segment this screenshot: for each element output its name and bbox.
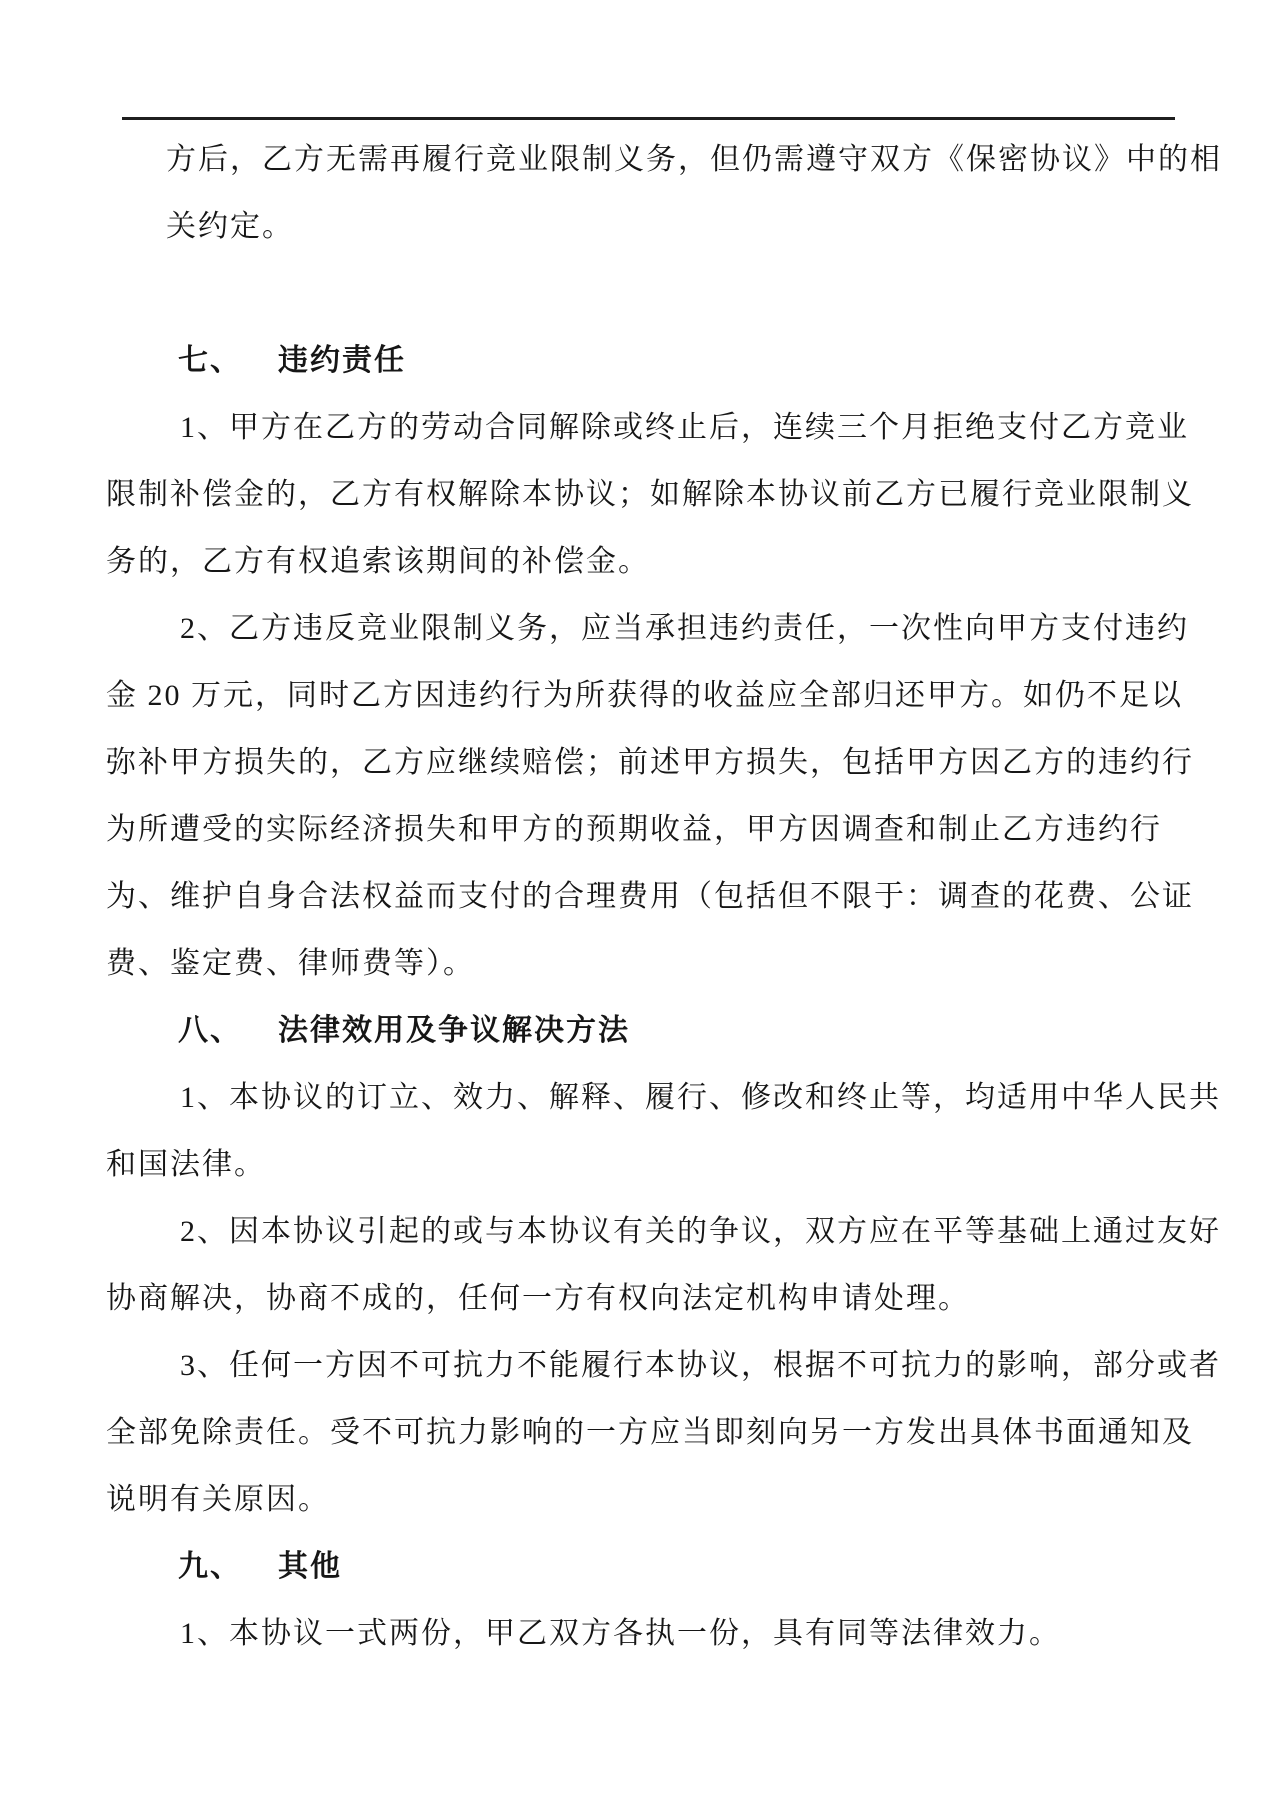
section-title: 违约责任 bbox=[278, 344, 406, 377]
blank-line bbox=[106, 260, 1206, 327]
text-line: 务的，乙方有权追索该期间的补偿金。 bbox=[106, 528, 1206, 595]
section-heading: 八、法律效用及争议解决方法 bbox=[106, 997, 1206, 1064]
text-line: 1、本协议的订立、效力、解释、履行、修改和终止等，均适用中华人民共 bbox=[106, 1064, 1206, 1131]
text-line: 为、维护自身合法权益而支付的合理费用（包括但不限于：调查的花费、公证 bbox=[106, 863, 1206, 930]
section-number: 七、 bbox=[178, 344, 242, 377]
text-line: 1、本协议一式两份，甲乙双方各执一份，具有同等法律效力。 bbox=[106, 1600, 1206, 1667]
section-number: 八、 bbox=[178, 1014, 242, 1047]
document-body: 方后，乙方无需再履行竞业限制义务，但仍需遵守双方《保密协议》中的相关约定。七、违… bbox=[106, 126, 1206, 1667]
text-line: 费、鉴定费、律师费等）。 bbox=[106, 930, 1206, 997]
text-line: 说明有关原因。 bbox=[106, 1466, 1206, 1533]
text-line: 方后，乙方无需再履行竞业限制义务，但仍需遵守双方《保密协议》中的相 bbox=[106, 126, 1206, 193]
section-title: 其他 bbox=[278, 1550, 342, 1583]
text-line: 协商解决，协商不成的，任何一方有权向法定机构申请处理。 bbox=[106, 1265, 1206, 1332]
header-rule bbox=[122, 117, 1175, 120]
text-line: 2、因本协议引起的或与本协议有关的争议，双方应在平等基础上通过友好 bbox=[106, 1198, 1206, 1265]
section-heading: 九、其他 bbox=[106, 1533, 1206, 1600]
text-line: 为所遭受的实际经济损失和甲方的预期收益，甲方因调查和制止乙方违约行 bbox=[106, 796, 1206, 863]
text-line: 1、甲方在乙方的劳动合同解除或终止后，连续三个月拒绝支付乙方竞业 bbox=[106, 394, 1206, 461]
text-line: 弥补甲方损失的，乙方应继续赔偿；前述甲方损失，包括甲方因乙方的违约行 bbox=[106, 729, 1206, 796]
section-number: 九、 bbox=[178, 1550, 242, 1583]
text-line: 限制补偿金的，乙方有权解除本协议；如解除本协议前乙方已履行竞业限制义 bbox=[106, 461, 1206, 528]
text-line: 全部免除责任。受不可抗力影响的一方应当即刻向另一方发出具体书面通知及 bbox=[106, 1399, 1206, 1466]
text-line: 3、任何一方因不可抗力不能履行本协议，根据不可抗力的影响，部分或者 bbox=[106, 1332, 1206, 1399]
section-title: 法律效用及争议解决方法 bbox=[278, 1014, 630, 1047]
text-line: 2、乙方违反竞业限制义务，应当承担违约责任，一次性向甲方支付违约 bbox=[106, 595, 1206, 662]
document-page: 方后，乙方无需再履行竞业限制义务，但仍需遵守双方《保密协议》中的相关约定。七、违… bbox=[0, 0, 1280, 1810]
text-line: 和国法律。 bbox=[106, 1131, 1206, 1198]
text-line: 关约定。 bbox=[106, 193, 1206, 260]
section-heading: 七、违约责任 bbox=[106, 327, 1206, 394]
text-line: 金 20 万元，同时乙方因违约行为所获得的收益应全部归还甲方。如仍不足以 bbox=[106, 662, 1206, 729]
